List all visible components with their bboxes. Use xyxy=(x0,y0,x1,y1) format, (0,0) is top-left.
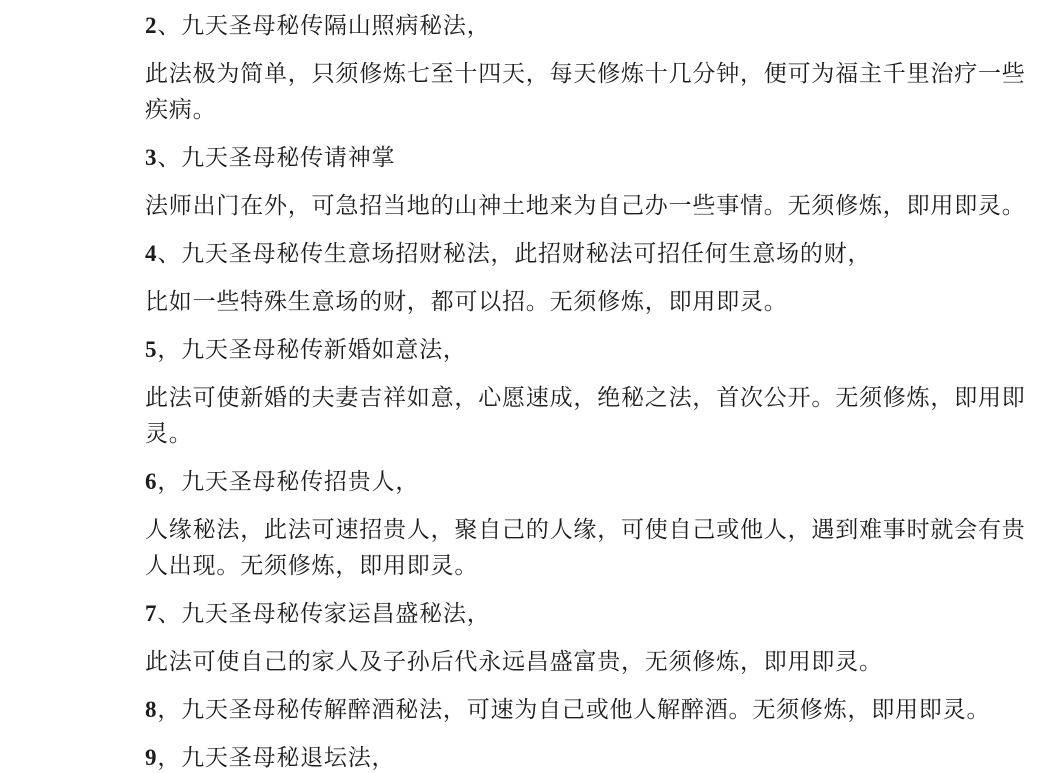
heading-item-6: 6，九天圣母秘传招贵人， xyxy=(145,464,1029,500)
paragraph: 此法可使新婚的夫妻吉祥如意，心愿速成，绝秘之法，首次公开。无须修炼，即用即灵。 xyxy=(145,380,1029,452)
item-separator: ， xyxy=(157,337,181,362)
item-separator: ， xyxy=(157,745,181,770)
paragraph: 法师出门在外，可急招当地的山神土地来为自己办一些事情。无须修炼，即用即灵。 xyxy=(145,188,1029,224)
item-separator: ， xyxy=(157,469,181,494)
heading-item-7: 7、九天圣母秘传家运昌盛秘法， xyxy=(145,596,1029,632)
item-separator: ， xyxy=(157,697,181,722)
numbered-paragraph-8: 8，九天圣母秘传解醉酒秘法，可速为自己或他人解醉酒。无须修炼，即用即灵。 xyxy=(145,692,1029,728)
paragraph: 比如一些特殊生意场的财，都可以招。无须修炼，即用即灵。 xyxy=(145,284,1029,320)
heading-text: 九天圣母秘传请神掌 xyxy=(181,145,395,170)
item-number: 9 xyxy=(145,745,157,770)
heading-text: 九天圣母秘传隔山照病秘法， xyxy=(181,13,490,38)
paragraph: 人缘秘法，此法可速招贵人，聚自己的人缘，可使自己或他人，遇到难事时就会有贵人出现… xyxy=(145,512,1029,584)
item-separator: 、 xyxy=(157,601,181,626)
heading-item-4: 4、九天圣母秘传生意场招财秘法，此招财秘法可招任何生意场的财， xyxy=(145,236,1029,272)
document-page: 2、九天圣母秘传隔山照病秘法， 此法极为简单，只须修炼七至十四天，每天修炼十几分… xyxy=(0,0,1049,773)
heading-item-3: 3、九天圣母秘传请神掌 xyxy=(145,140,1029,176)
item-number: 5 xyxy=(145,337,157,362)
paragraph: 此法极为简单，只须修炼七至十四天，每天修炼十几分钟，便可为福主千里治疗一些疾病。 xyxy=(145,56,1029,128)
paragraph: 此法可使自己的家人及子孙后代永远昌盛富贵，无须修炼，即用即灵。 xyxy=(145,644,1029,680)
item-number: 6 xyxy=(145,469,157,494)
heading-text: 九天圣母秘传新婚如意法， xyxy=(181,337,467,362)
heading-item-9: 9，九天圣母秘退坛法， xyxy=(145,740,1029,773)
item-number: 7 xyxy=(145,601,157,626)
paragraph-text: 此法极为简单，只须修炼七至十四天，每天修炼十几分钟，便可为福主千里治疗一些疾病。 xyxy=(145,61,1026,122)
paragraph-text: 此法可使新婚的夫妻吉祥如意，心愿速成，绝秘之法，首次公开。无须修炼，即用即灵。 xyxy=(145,385,1026,446)
heading-text: 九天圣母秘退坛法， xyxy=(181,745,395,770)
heading-text: 九天圣母秘传招贵人， xyxy=(181,469,419,494)
item-number: 8 xyxy=(145,697,157,722)
item-number: 2 xyxy=(145,13,157,38)
item-separator: 、 xyxy=(157,241,181,266)
item-separator: 、 xyxy=(157,13,181,38)
heading-item-5: 5，九天圣母秘传新婚如意法， xyxy=(145,332,1029,368)
heading-text: 九天圣母秘传家运昌盛秘法， xyxy=(181,601,490,626)
paragraph-text: 人缘秘法，此法可速招贵人，聚自己的人缘，可使自己或他人，遇到难事时就会有贵人出现… xyxy=(145,517,1026,578)
heading-item-2: 2、九天圣母秘传隔山照病秘法， xyxy=(145,8,1029,44)
paragraph-text: 九天圣母秘传解醉酒秘法，可速为自己或他人解醉酒。无须修炼，即用即灵。 xyxy=(181,697,990,722)
heading-text: 九天圣母秘传生意场招财秘法，此招财秘法可招任何生意场的财， xyxy=(181,241,871,266)
item-number: 4 xyxy=(145,241,157,266)
paragraph-text: 法师出门在外，可急招当地的山神土地来为自己办一些事情。无须修炼，即用即灵。 xyxy=(145,193,1026,218)
paragraph-text: 比如一些特殊生意场的财，都可以招。无须修炼，即用即灵。 xyxy=(145,289,788,314)
item-number: 3 xyxy=(145,145,157,170)
item-separator: 、 xyxy=(157,145,181,170)
paragraph-text: 此法可使自己的家人及子孙后代永远昌盛富贵，无须修炼，即用即灵。 xyxy=(145,649,883,674)
